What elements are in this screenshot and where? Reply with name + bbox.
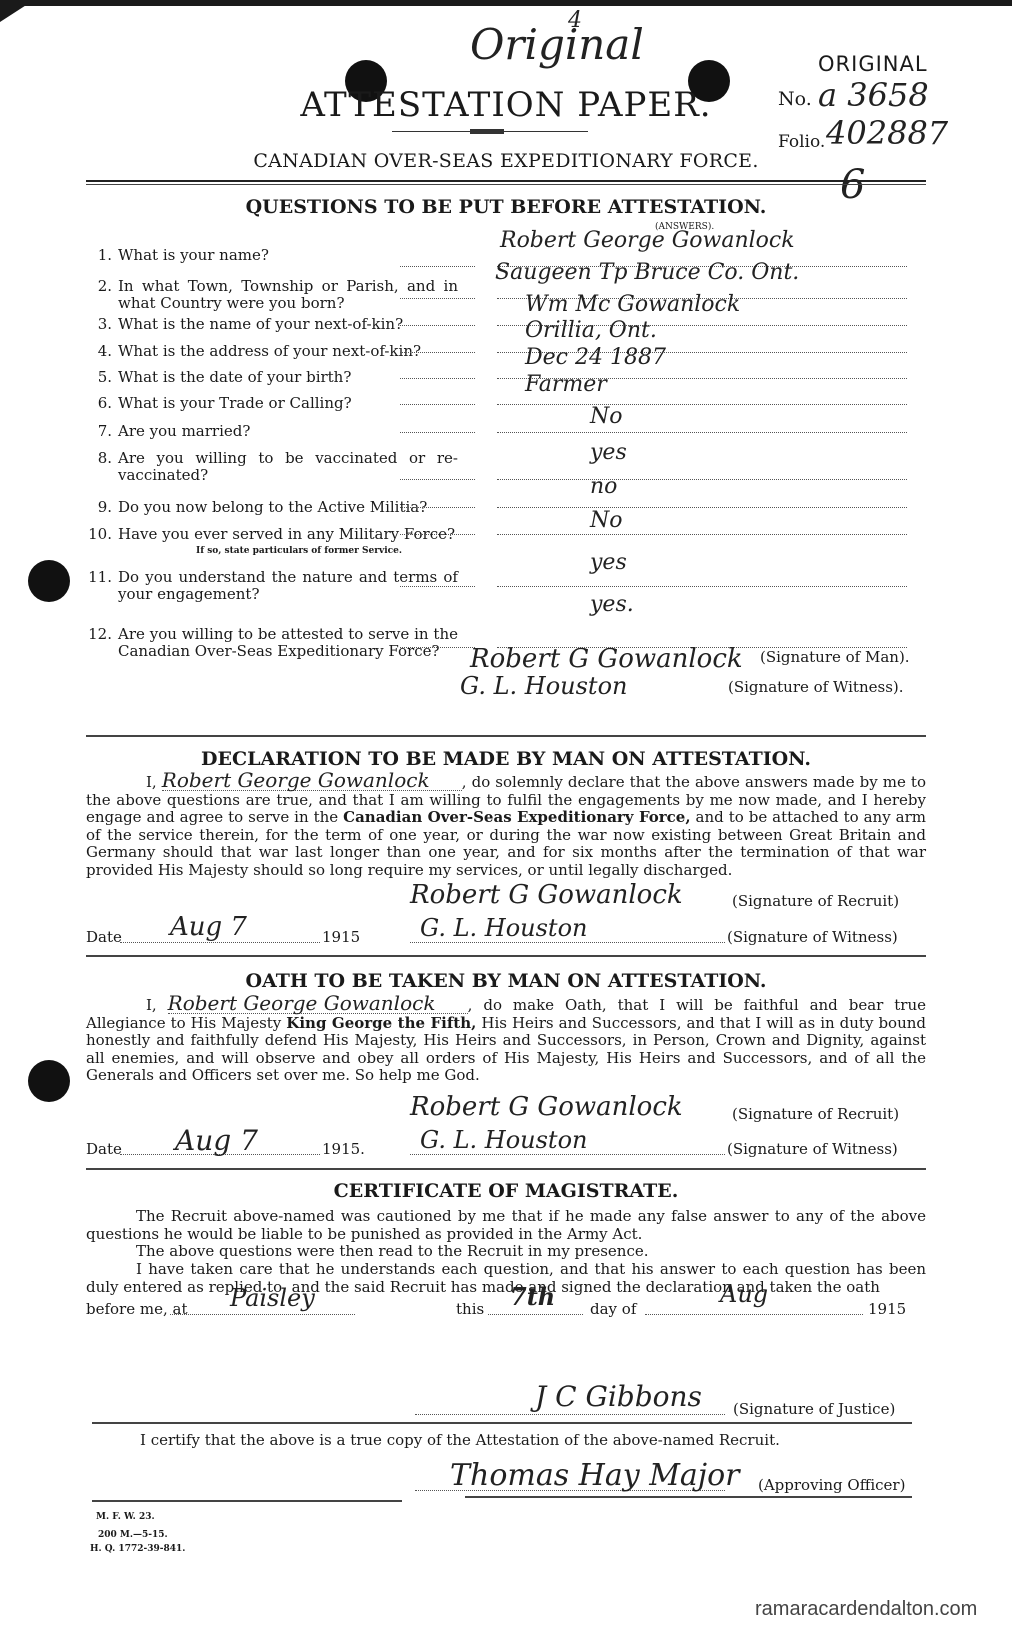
question-number: 2. [86,278,112,295]
question-number: 3. [86,316,112,333]
magistrate-year: 1915 [868,1300,906,1318]
question-number: 11. [86,569,112,586]
question-row: 10.Have you ever served in any Military … [86,526,476,560]
folio-value: 402887 [826,114,948,152]
original-stamp: ORIGINAL [818,52,928,76]
answer-value: No [590,508,623,533]
oath-king-name: King George the Fifth, [286,1014,476,1032]
section-divider [86,735,926,737]
certification-text: I certify that the above is a true copy … [140,1432,900,1450]
this-label: this [456,1300,484,1318]
witness-signature-label: (Signature of Witness). [728,678,904,696]
section-divider [86,1168,926,1170]
section-divider [92,1422,912,1424]
declaration-name: Robert George Gowanlock [162,772,462,791]
question-leader-dots [400,378,475,379]
declaration-witness-label: (Signature of Witness) [727,928,898,946]
handwritten-original: Original [470,20,644,69]
print-run: 200 M.—5-15. [98,1530,168,1540]
scan-top-edge [0,0,1012,6]
answer-value: no [590,474,617,499]
regimental-no-label: No. [778,88,812,110]
answer-line [497,586,907,587]
declaration-date: Aug 7 [170,912,247,942]
declaration-force-name: Canadian Over-Seas Expeditionary Force, [343,808,690,826]
oath-witness-signature: G. L. Houston [420,1126,587,1154]
question-row: 12.Are you willing to be attested to ser… [86,626,476,660]
form-code: M. F. W. 23. [96,1512,155,1522]
question-leader-dots [400,507,475,508]
oath-text: I, Robert George Gowanlock, do make Oath… [86,995,926,1085]
answer-value: yes [590,550,627,575]
website-watermark: ramaracardendalton.com [755,1598,977,1621]
answer-value: Wm Mc Gowanlock [525,292,740,317]
question-leader-dots [400,586,475,587]
magistrate-para-1: The Recruit above-named was cautioned by… [86,1208,926,1243]
justice-signature: J C Gibbons [535,1380,702,1413]
witness-signature: G. L. Houston [460,672,627,700]
question-leader-dots [400,266,475,267]
question-number: 8. [86,450,112,467]
punch-hole [28,1060,70,1102]
answer-line [497,404,907,405]
answer-value: yes [590,440,627,465]
question-row: 1.What is your name? [86,247,476,264]
oath-recruit-signature: Robert G Gowanlock [410,1092,683,1122]
answer-line [497,507,907,508]
oath-name: Robert George Gowanlock [168,995,468,1014]
question-number: 5. [86,369,112,386]
question-note: If so, state particulars of former Servi… [196,543,476,560]
footer-rule-right [465,1496,912,1498]
place-line [170,1314,355,1315]
declaration-date-label: Date [86,928,122,946]
question-row: 2.In what Town, Township or Parish, and … [86,278,476,312]
month-line [645,1314,863,1315]
answer-value: Dec 24 1887 [525,345,666,370]
answer-value: Robert George Gowanlock [500,228,795,253]
answer-value: No [590,404,623,429]
approving-officer-label: (Approving Officer) [758,1476,905,1494]
folio-label: Folio. [778,132,825,152]
answer-line [497,432,907,433]
question-leader-dots [400,432,475,433]
question-text: Are you willing to be attested to serve … [118,626,458,660]
signature-of-man-label: (Signature of Man). [760,648,910,666]
magistrate-heading: CERTIFICATE OF MAGISTRATE. [0,1180,1012,1202]
question-number: 9. [86,499,112,516]
declaration-text: I, Robert George Gowanlock, do solemnly … [86,772,926,879]
hq-code: H. Q. 1772-39-841. [90,1544,185,1554]
declaration-recruit-signature-label: (Signature of Recruit) [732,892,899,910]
answer-value: Saugeen Tp Bruce Co. Ont. [495,260,799,285]
header-rule-thin [86,184,926,185]
declaration-date-line [120,942,320,943]
scan-corner-fold [0,0,34,22]
before-me-label: before me, at [86,1300,187,1318]
answer-value: Farmer [525,372,607,397]
magistrate-para-2: The above questions were then read to th… [86,1243,926,1261]
answer-value: Orillia, Ont. [525,318,657,343]
oath-recruit-signature-label: (Signature of Recruit) [732,1105,899,1123]
oath-heading: OATH TO BE TAKEN BY MAN ON ATTESTATION. [0,970,1012,992]
declaration-year: 1915 [322,928,360,946]
signature-of-man: Robert G Gowanlock [470,644,743,674]
title-divider-ornament [470,129,504,134]
punch-hole [28,560,70,602]
day-of-label: day of [590,1300,636,1318]
oath-witness-line [410,1154,725,1155]
day-value: 7th [510,1282,555,1311]
question-text: What is your name? [118,247,458,264]
question-number: 4. [86,343,112,360]
question-leader-dots [400,534,475,535]
magistrate-para-3: I have taken care that he understands ea… [86,1261,926,1296]
answer-line [497,479,907,480]
question-leader-dots [400,647,475,648]
question-text: In what Town, Township or Parish, and in… [118,278,458,312]
oath-year: 1915. [322,1140,365,1158]
question-leader-dots [400,404,475,405]
question-number: 6. [86,395,112,412]
question-number: 12. [86,626,112,643]
approving-officer-signature: Thomas Hay Major [450,1458,740,1493]
questions-heading: QUESTIONS TO BE PUT BEFORE ATTESTATION. [0,196,1012,218]
declaration-heading: DECLARATION TO BE MADE BY MAN ON ATTESTA… [0,748,1012,770]
question-number: 1. [86,247,112,264]
justice-signature-line [415,1414,725,1415]
answer-line [497,534,907,535]
oath-date: Aug 7 [175,1124,258,1157]
question-leader-dots [400,325,475,326]
oath-date-label: Date [86,1140,122,1158]
question-leader-dots [400,352,475,353]
question-leader-dots [400,298,475,299]
declaration-witness-signature: G. L. Houston [420,914,587,942]
handwritten-mark: 4 [568,8,582,33]
oath-witness-label: (Signature of Witness) [727,1140,898,1158]
month-value: Aug [720,1280,768,1308]
oath-i-label: I, [146,996,157,1014]
declaration-i-label: I, [146,773,157,791]
footer-rule-left [92,1500,402,1502]
declaration-recruit-signature: Robert G Gowanlock [410,880,683,910]
question-leader-dots [400,479,475,480]
place-value: Paisley [230,1284,315,1312]
header-rule [86,180,926,182]
justice-signature-label: (Signature of Justice) [733,1400,895,1418]
day-line [488,1314,583,1315]
question-number: 10. [86,526,112,543]
regimental-no-value: a 3658 [818,76,929,114]
question-number: 7. [86,423,112,440]
section-divider [86,955,926,957]
answer-value: yes. [590,592,634,617]
declaration-witness-line [410,942,725,943]
